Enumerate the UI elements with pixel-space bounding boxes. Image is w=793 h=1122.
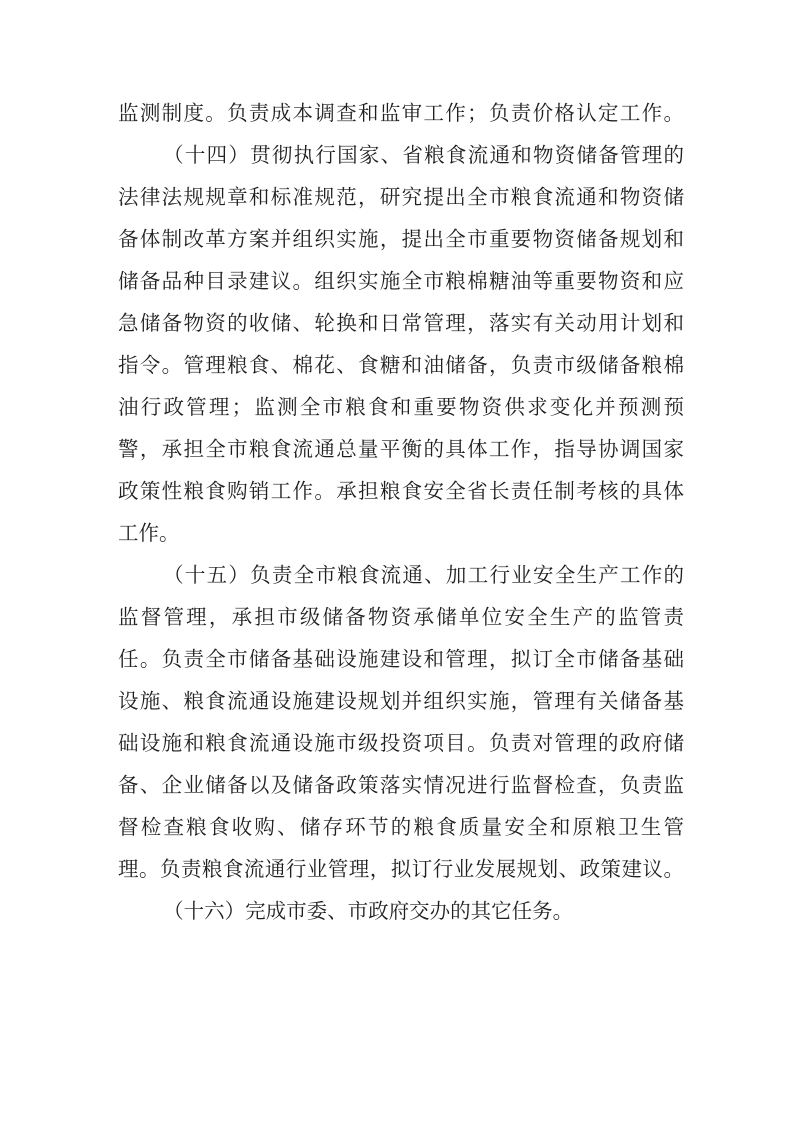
text-line: （十四）贯彻执行国家、省粮食流通和物资储备管理的: [118, 135, 684, 177]
text-line: 油行政管理；监测全市粮食和重要物资供求变化并预测预: [118, 387, 684, 429]
document-page: 监测制度。负责成本调查和监审工作；负责价格认定工作。 （十四）贯彻执行国家、省粮…: [0, 0, 793, 1122]
paragraph-continuation: 监测制度。负责成本调查和监审工作；负责价格认定工作。: [118, 93, 684, 135]
text-line: 备体制改革方案并组织实施，提出全市重要物资储备规划和: [118, 219, 684, 261]
text-line: 储备品种目录建议。组织实施全市粮棉糖油等重要物资和应: [118, 261, 684, 303]
paragraph-item-16: （十六）完成市委、市政府交办的其它任务。: [118, 891, 684, 933]
text-line: 设施、粮食流通设施建设规划并组织实施，管理有关储备基: [118, 681, 684, 723]
text-line: 监督管理，承担市级储备物资承储单位安全生产的监管责: [118, 597, 684, 639]
text-line: 监测制度。负责成本调查和监审工作；负责价格认定工作。: [118, 93, 684, 135]
text-line: 指令。管理粮食、棉花、食糖和油储备，负责市级储备粮棉: [118, 345, 684, 387]
text-line: 法律法规规章和标准规范，研究提出全市粮食流通和物资储: [118, 177, 684, 219]
text-line: 础设施和粮食流通设施市级投资项目。负责对管理的政府储: [118, 723, 684, 765]
text-line: 政策性粮食购销工作。承担粮食安全省长责任制考核的具体: [118, 471, 684, 513]
text-line: 督检查粮食收购、储存环节的粮食质量安全和原粮卫生管: [118, 807, 684, 849]
text-line: （十五）负责全市粮食流通、加工行业安全生产工作的: [118, 555, 684, 597]
text-line: 任。负责全市储备基础设施建设和管理，拟订全市储备基础: [118, 639, 684, 681]
text-line: 备、企业储备以及储备政策落实情况进行监督检查，负责监: [118, 765, 684, 807]
text-block: 监测制度。负责成本调查和监审工作；负责价格认定工作。 （十四）贯彻执行国家、省粮…: [118, 93, 684, 933]
text-line: 急储备物资的收储、轮换和日常管理，落实有关动用计划和: [118, 303, 684, 345]
text-line: 理。负责粮食流通行业管理，拟订行业发展规划、政策建议。: [118, 849, 684, 891]
paragraph-item-15: （十五）负责全市粮食流通、加工行业安全生产工作的 监督管理，承担市级储备物资承储…: [118, 555, 684, 891]
text-line: 警，承担全市粮食流通总量平衡的具体工作，指导协调国家: [118, 429, 684, 471]
paragraph-item-14: （十四）贯彻执行国家、省粮食流通和物资储备管理的 法律法规规章和标准规范，研究提…: [118, 135, 684, 555]
text-line: （十六）完成市委、市政府交办的其它任务。: [118, 891, 684, 933]
text-line: 工作。: [118, 513, 684, 555]
